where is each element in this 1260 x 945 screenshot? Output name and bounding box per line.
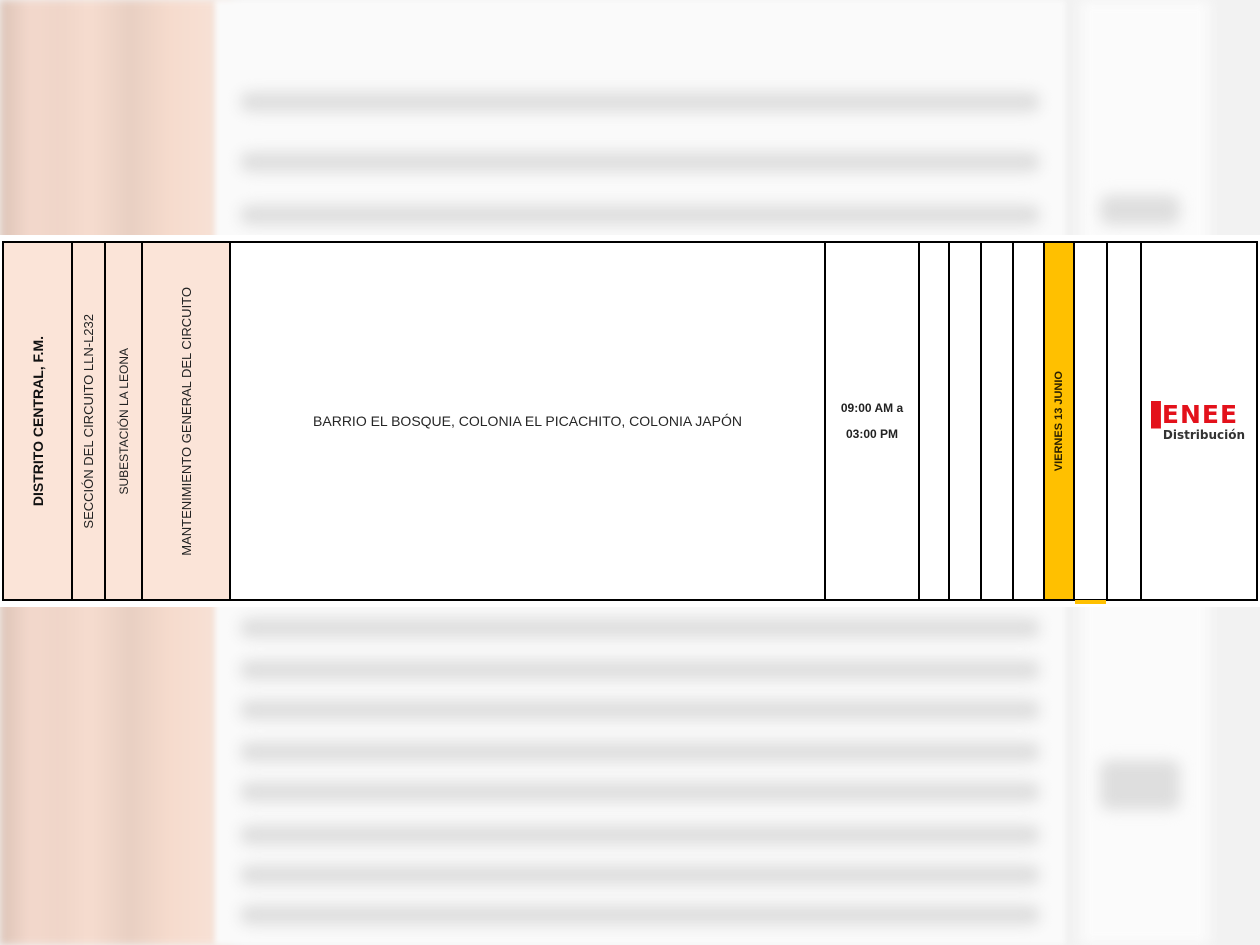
areas-text: BARRIO EL BOSQUE, COLONIA EL PICACHITO, … xyxy=(313,413,742,429)
blurred-line xyxy=(240,92,1040,112)
enee-logo: ENEE Distribución xyxy=(1151,401,1245,442)
empty-cell xyxy=(1014,243,1045,599)
blurred-line xyxy=(240,660,1040,680)
blurred-line xyxy=(240,205,1040,225)
logo-subtitle: Distribución xyxy=(1163,428,1245,442)
empty-cell xyxy=(1075,243,1108,599)
enee-logo-mark-icon xyxy=(1151,401,1161,429)
empty-cell xyxy=(920,243,950,599)
seccion-text: SECCIÓN DEL CIRCUITO LLN-L232 xyxy=(81,314,96,529)
cell-horario: 09:00 AM a 03:00 PM xyxy=(826,243,920,599)
trabajo-text: MANTENIMIENTO GENERAL DEL CIRCUITO xyxy=(179,287,194,556)
departamento-text: DISTRITO CENTRAL, F.M. xyxy=(30,336,46,506)
blurred-line xyxy=(240,700,1040,720)
subestacion-text: SUBESTACIÓN LA LEONA xyxy=(117,348,131,495)
cell-trabajo: MANTENIMIENTO GENERAL DEL CIRCUITO xyxy=(143,243,231,599)
horario-inicio: 09:00 AM a xyxy=(841,395,903,421)
cell-dia-highlight: VIERNES 13 JUNIO xyxy=(1045,243,1075,599)
blurred-line xyxy=(240,618,1040,638)
cell-departamento: DISTRITO CENTRAL, F.M. xyxy=(4,243,73,599)
cell-seccion: SECCIÓN DEL CIRCUITO LLN-L232 xyxy=(73,243,106,599)
empty-cell xyxy=(950,243,982,599)
blurred-line xyxy=(240,152,1040,172)
blurred-block xyxy=(1100,195,1180,225)
horario-fin: 03:00 PM xyxy=(841,421,903,447)
blurred-line xyxy=(240,905,1040,925)
highlight-overflow xyxy=(1075,600,1106,604)
blurred-block xyxy=(1100,760,1180,810)
blurred-line xyxy=(240,742,1040,762)
empty-cell xyxy=(982,243,1014,599)
logo-brand: ENEE xyxy=(1162,404,1238,426)
empty-cell xyxy=(1108,243,1142,599)
cell-logo: ENEE Distribución xyxy=(1142,243,1256,599)
cell-subestacion: SUBESTACIÓN LA LEONA xyxy=(106,243,143,599)
horario-text: 09:00 AM a 03:00 PM xyxy=(841,395,903,447)
blurred-line xyxy=(240,865,1040,885)
outage-schedule-row-strip: DISTRITO CENTRAL, F.M. SECCIÓN DEL CIRCU… xyxy=(0,235,1260,607)
blurred-line xyxy=(240,782,1040,802)
outage-table-row: DISTRITO CENTRAL, F.M. SECCIÓN DEL CIRCU… xyxy=(2,241,1258,601)
blurred-line xyxy=(240,825,1040,845)
dia-text: VIERNES 13 JUNIO xyxy=(1053,371,1065,471)
cell-areas: BARRIO EL BOSQUE, COLONIA EL PICACHITO, … xyxy=(231,243,826,599)
